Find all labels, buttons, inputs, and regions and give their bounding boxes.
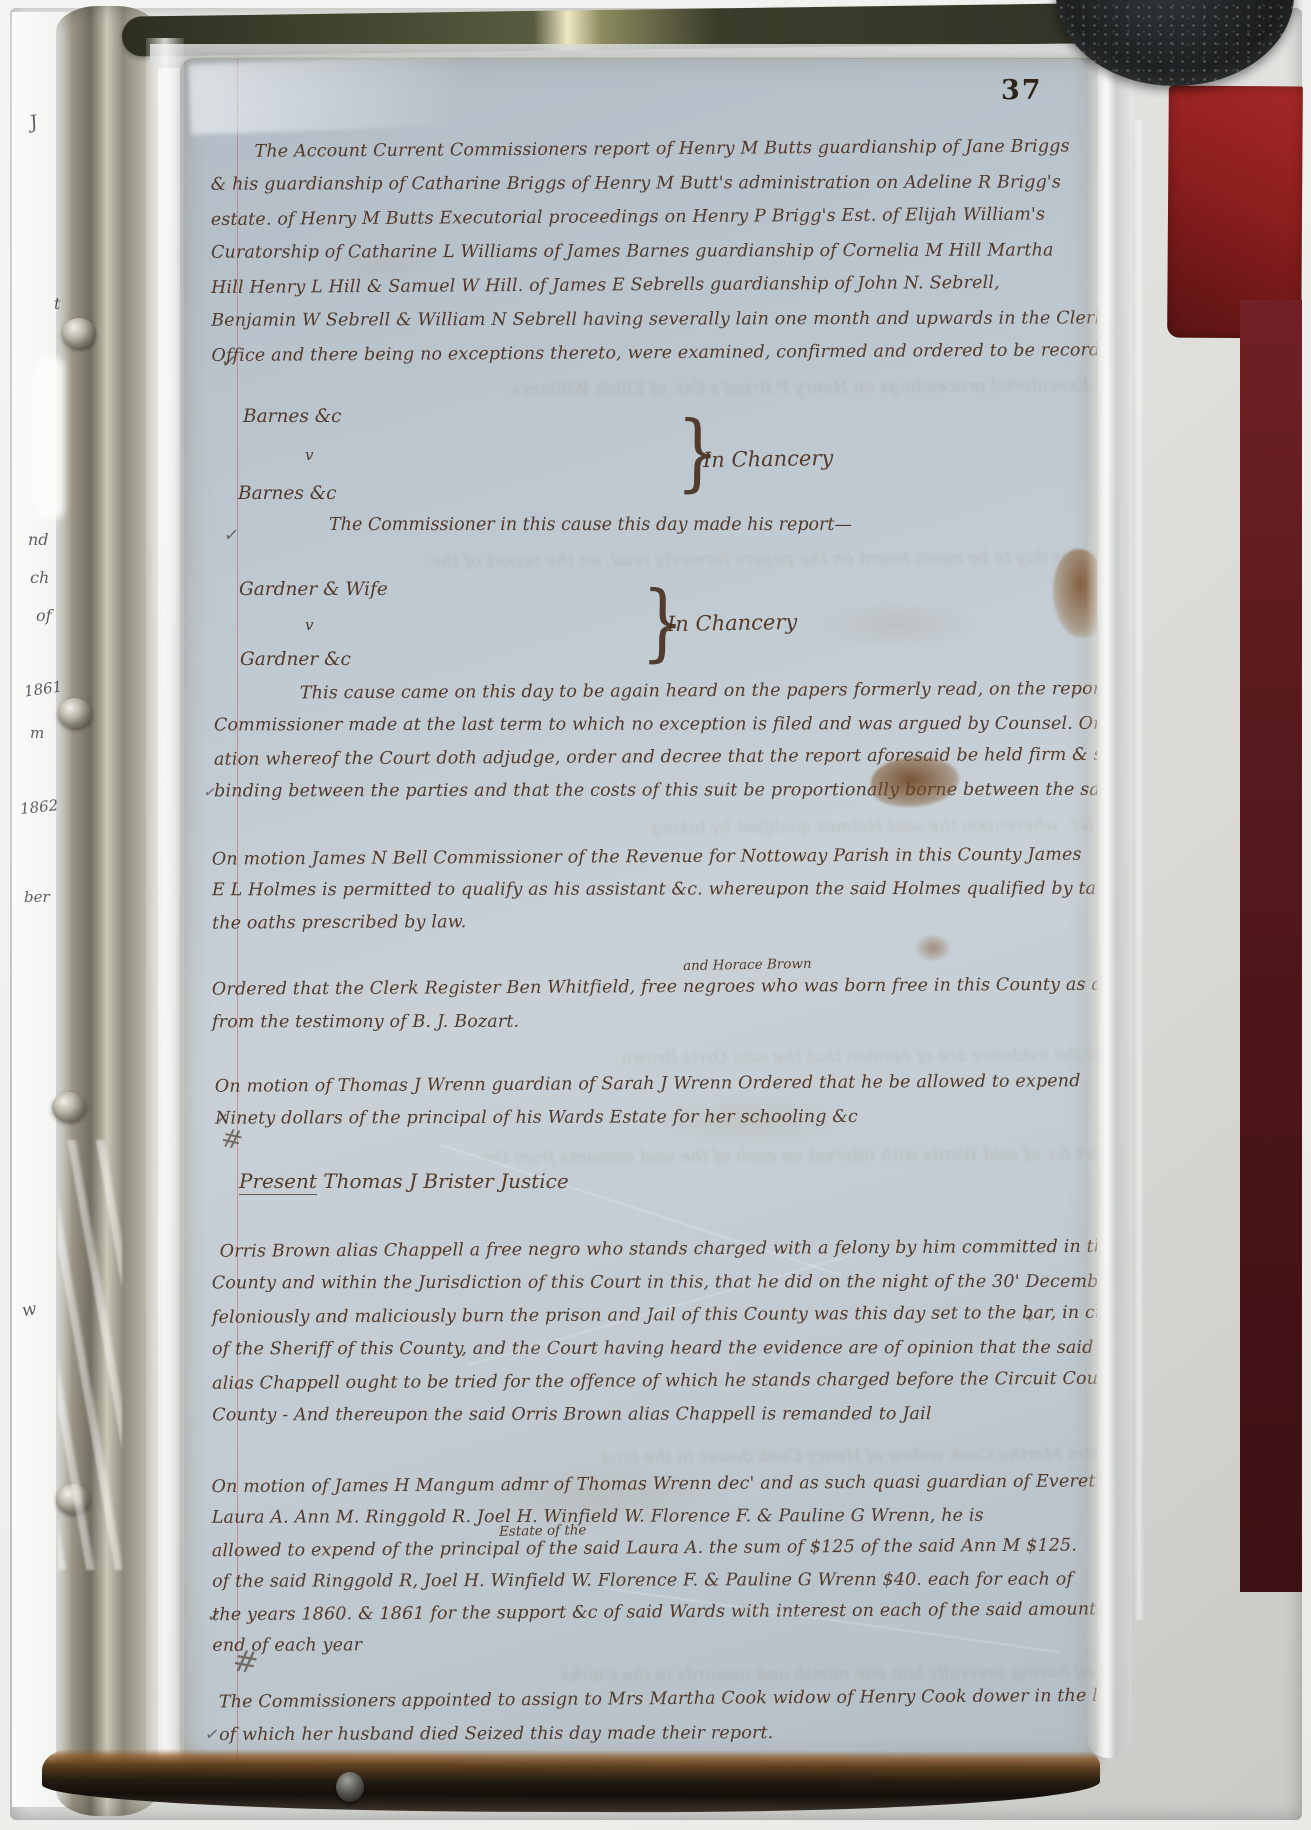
handwritten-line: This cause came on this day to be again … [300, 678, 1098, 716]
entry-gardner-decree: This cause came on this day to be again … [214, 679, 1098, 814]
hash-mark: # [230, 1643, 261, 1682]
glare-highlight [189, 55, 461, 134]
handwritten-line: of the Sheriff of this County, and the C… [212, 1338, 1098, 1373]
handwritten-line: Benjamin W Sebrell & William N Sebrell h… [211, 308, 1098, 344]
handwritten-line: alias Chappell ought to be tried for the… [212, 1368, 1098, 1407]
asterisk-mark: * [1026, 1311, 1034, 1329]
handwritten-line: Ninety dollars of the principal of his W… [215, 1106, 1081, 1141]
red-cover-side [1240, 300, 1302, 1592]
case-defendant: Gardner &c [240, 649, 351, 670]
sleeve-left-highlight [146, 38, 184, 1760]
case-versus: v [305, 446, 313, 464]
binder-ring-post [58, 698, 92, 728]
entry-barnes-order: The Commissioner in this cause this day … [329, 515, 852, 535]
handwritten-line: County and within the Jurisdiction of th… [212, 1272, 1098, 1307]
handwritten-line: binding between the parties and that the… [214, 780, 1098, 815]
handwritten-line: The Commissioners appointed to assign to… [219, 1686, 1098, 1727]
handwritten-line: the oaths prescribed by law. [212, 908, 1098, 945]
entry-wrenn-guardian: On motion of Thomas J Wrenn guardian of … [215, 1072, 1081, 1142]
handwritten-line: Laura A. Ann M. Ringgold R. Joel H. Winf… [212, 1505, 1098, 1540]
bleed-through-text: of the Sheriff of this County, and the C… [621, 1042, 1098, 1069]
page-bottom-shadow-edge [42, 1749, 1100, 1814]
sleeve-right-highlight [1086, 52, 1132, 1758]
handwritten-line: On motion of James H Mangum admr of Thom… [212, 1471, 1098, 1509]
edge-fragment: nd [28, 530, 49, 549]
handwritten-line: of the said Ringgold R, Joel H. Winfield… [212, 1569, 1098, 1604]
binder-ring-post [52, 1092, 86, 1122]
edge-fragment: w [20, 1299, 38, 1321]
present-justice-line: Present Thomas J Brister Justice [239, 1169, 569, 1193]
handwritten-line: estate. of Henry M Butts Executorial pro… [211, 204, 1098, 244]
handwritten-line: allowed to expend of the principal of th… [212, 1535, 1098, 1573]
binder-ring-post [62, 318, 96, 348]
photo-of-record-book: J t nd ch of 1861 m 1862 ber w 37 estate… [0, 0, 1311, 1830]
sleeve-right-highlight-thin [1134, 120, 1144, 1620]
case-versus: v [305, 616, 313, 634]
check-mark: ✓ [206, 1606, 223, 1628]
edge-fragment: of [36, 606, 52, 625]
handwritten-line: Curatorship of Catharine L Williams of J… [211, 240, 1098, 276]
entry-orris-brown: Orris Brown alias Chappell a free negro … [212, 1237, 1098, 1438]
handwritten-line: ation whereof the Court doth adjudge, or… [214, 744, 1098, 783]
bleed-through-text: The Commissioners appointed to assign to… [601, 1442, 1098, 1468]
handwritten-line: the years 1860. & 1861 for the support &… [212, 1599, 1098, 1637]
handwritten-line: On motion James N Bell Commissioner of t… [212, 844, 1098, 881]
edge-fragment: J [28, 111, 40, 133]
page-number: 37 [1001, 75, 1043, 106]
edge-fragment: 1862 [19, 796, 59, 818]
case-plaintiff: Barnes &c [243, 406, 342, 427]
hash-mark: # [218, 1123, 246, 1157]
handwritten-line: Hill Henry L Hill & Samuel W Hill. of Ja… [211, 272, 1098, 312]
check-mark: ✓ [204, 1724, 221, 1746]
interlined-insertion: and Horace Brown [683, 956, 812, 974]
court-label: In Chancery [703, 446, 834, 472]
handwritten-line: The Account Current Commissioners report… [254, 136, 1098, 176]
handwritten-line: Orris Brown alias Chappell a free negro … [220, 1236, 1098, 1275]
handwritten-line: On motion of Thomas J Wrenn guardian of … [215, 1071, 1081, 1110]
handwritten-line: Commissioner made at the last term to wh… [214, 714, 1098, 749]
entry-account-current: The Account Current Commissioners report… [210, 137, 1098, 379]
check-mark: ✓ [223, 524, 240, 546]
bleed-through-text: E L Holmes is permitted to qualify as hi… [651, 812, 1098, 838]
handwritten-line: & his guardianship of Catharine Briggs o… [211, 172, 1098, 208]
check-mark: ✓ [219, 348, 239, 374]
handwritten-line: Office and there being no exceptions the… [211, 340, 1098, 380]
bleed-through-text: This cause came on this day to be again … [431, 546, 1098, 572]
bleed-through-text: estate. of Henry M Butts Executorial pro… [511, 374, 1098, 400]
handwritten-line: E L Holmes is permitted to qualify as hi… [212, 879, 1098, 913]
edge-fragment: m [30, 724, 44, 742]
edge-fragment: ber [24, 888, 50, 906]
handwritten-line: feloniously and maliciously burn the pri… [212, 1302, 1098, 1341]
binder-screw [336, 1772, 364, 1802]
case-plaintiff: Gardner & Wife [239, 579, 388, 600]
ink-stain [916, 935, 950, 961]
white-smear [34, 356, 64, 520]
entry-whitfield-register: Ordered that the Clerk Register Ben Whit… [212, 975, 1098, 1046]
handwritten-line: County - And thereupon the said Orris Br… [212, 1404, 1098, 1439]
underlined-word: Present [239, 1169, 317, 1195]
glare-streaks [58, 1140, 122, 1570]
handwritten-line: from the testimony of B. J. Bozart. [212, 1011, 1098, 1047]
handwritten-line: Ordered that the Clerk Register Ben Whit… [212, 974, 1098, 1013]
entry-bell-commissioner: On motion James N Bell Commissioner of t… [212, 845, 1098, 944]
court-label: In Chancery [667, 610, 798, 636]
edge-fragment: ch [30, 568, 49, 587]
record-book-page: 37 estate. of Henry M Butts Executorial … [180, 58, 1098, 1772]
case-defendant: Barnes &c [238, 483, 337, 504]
bleed-through-text: the years 1860. & 1861 for the support &… [481, 1142, 1098, 1169]
